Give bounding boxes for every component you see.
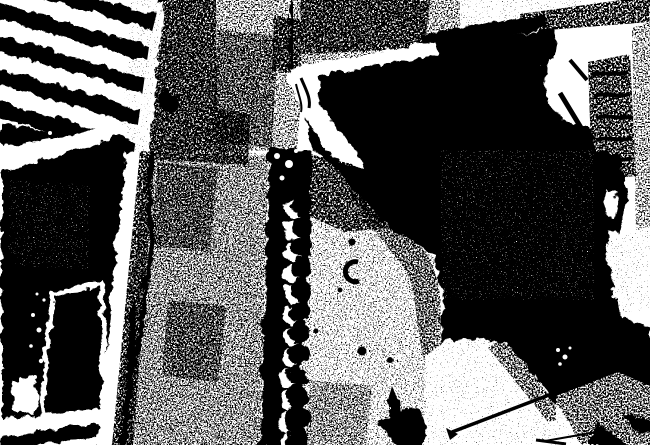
photo-earthquake-damaged-building: High-contrast binarized black-and-white … bbox=[0, 0, 650, 445]
rebar-hoop-shadow bbox=[286, 342, 307, 363]
column-blotch bbox=[306, 380, 372, 445]
rebar-hoop-shadow bbox=[287, 299, 308, 320]
rebar-hoop-shadow bbox=[290, 193, 311, 214]
column-blotch bbox=[162, 300, 226, 382]
rebar-hoop-shadow bbox=[282, 403, 309, 430]
rebar-hoop-shadow bbox=[288, 278, 309, 299]
column-blotch bbox=[150, 162, 218, 252]
rebar-hoop-shadow bbox=[285, 384, 306, 405]
rebar-hoop-shadow bbox=[289, 214, 310, 235]
rebar-hoop-shadow bbox=[287, 320, 308, 341]
rebar-hoop-shadow bbox=[289, 235, 310, 256]
wall-blotch bbox=[212, 30, 278, 148]
rebar-hoop-shadow bbox=[288, 256, 309, 277]
dark-area-specks bbox=[8, 180, 90, 270]
opening-specks bbox=[440, 150, 594, 300]
rebar-hoop-shadow bbox=[286, 363, 307, 384]
binarized-photo-canvas: High-contrast binarized black-and-white … bbox=[0, 0, 650, 445]
